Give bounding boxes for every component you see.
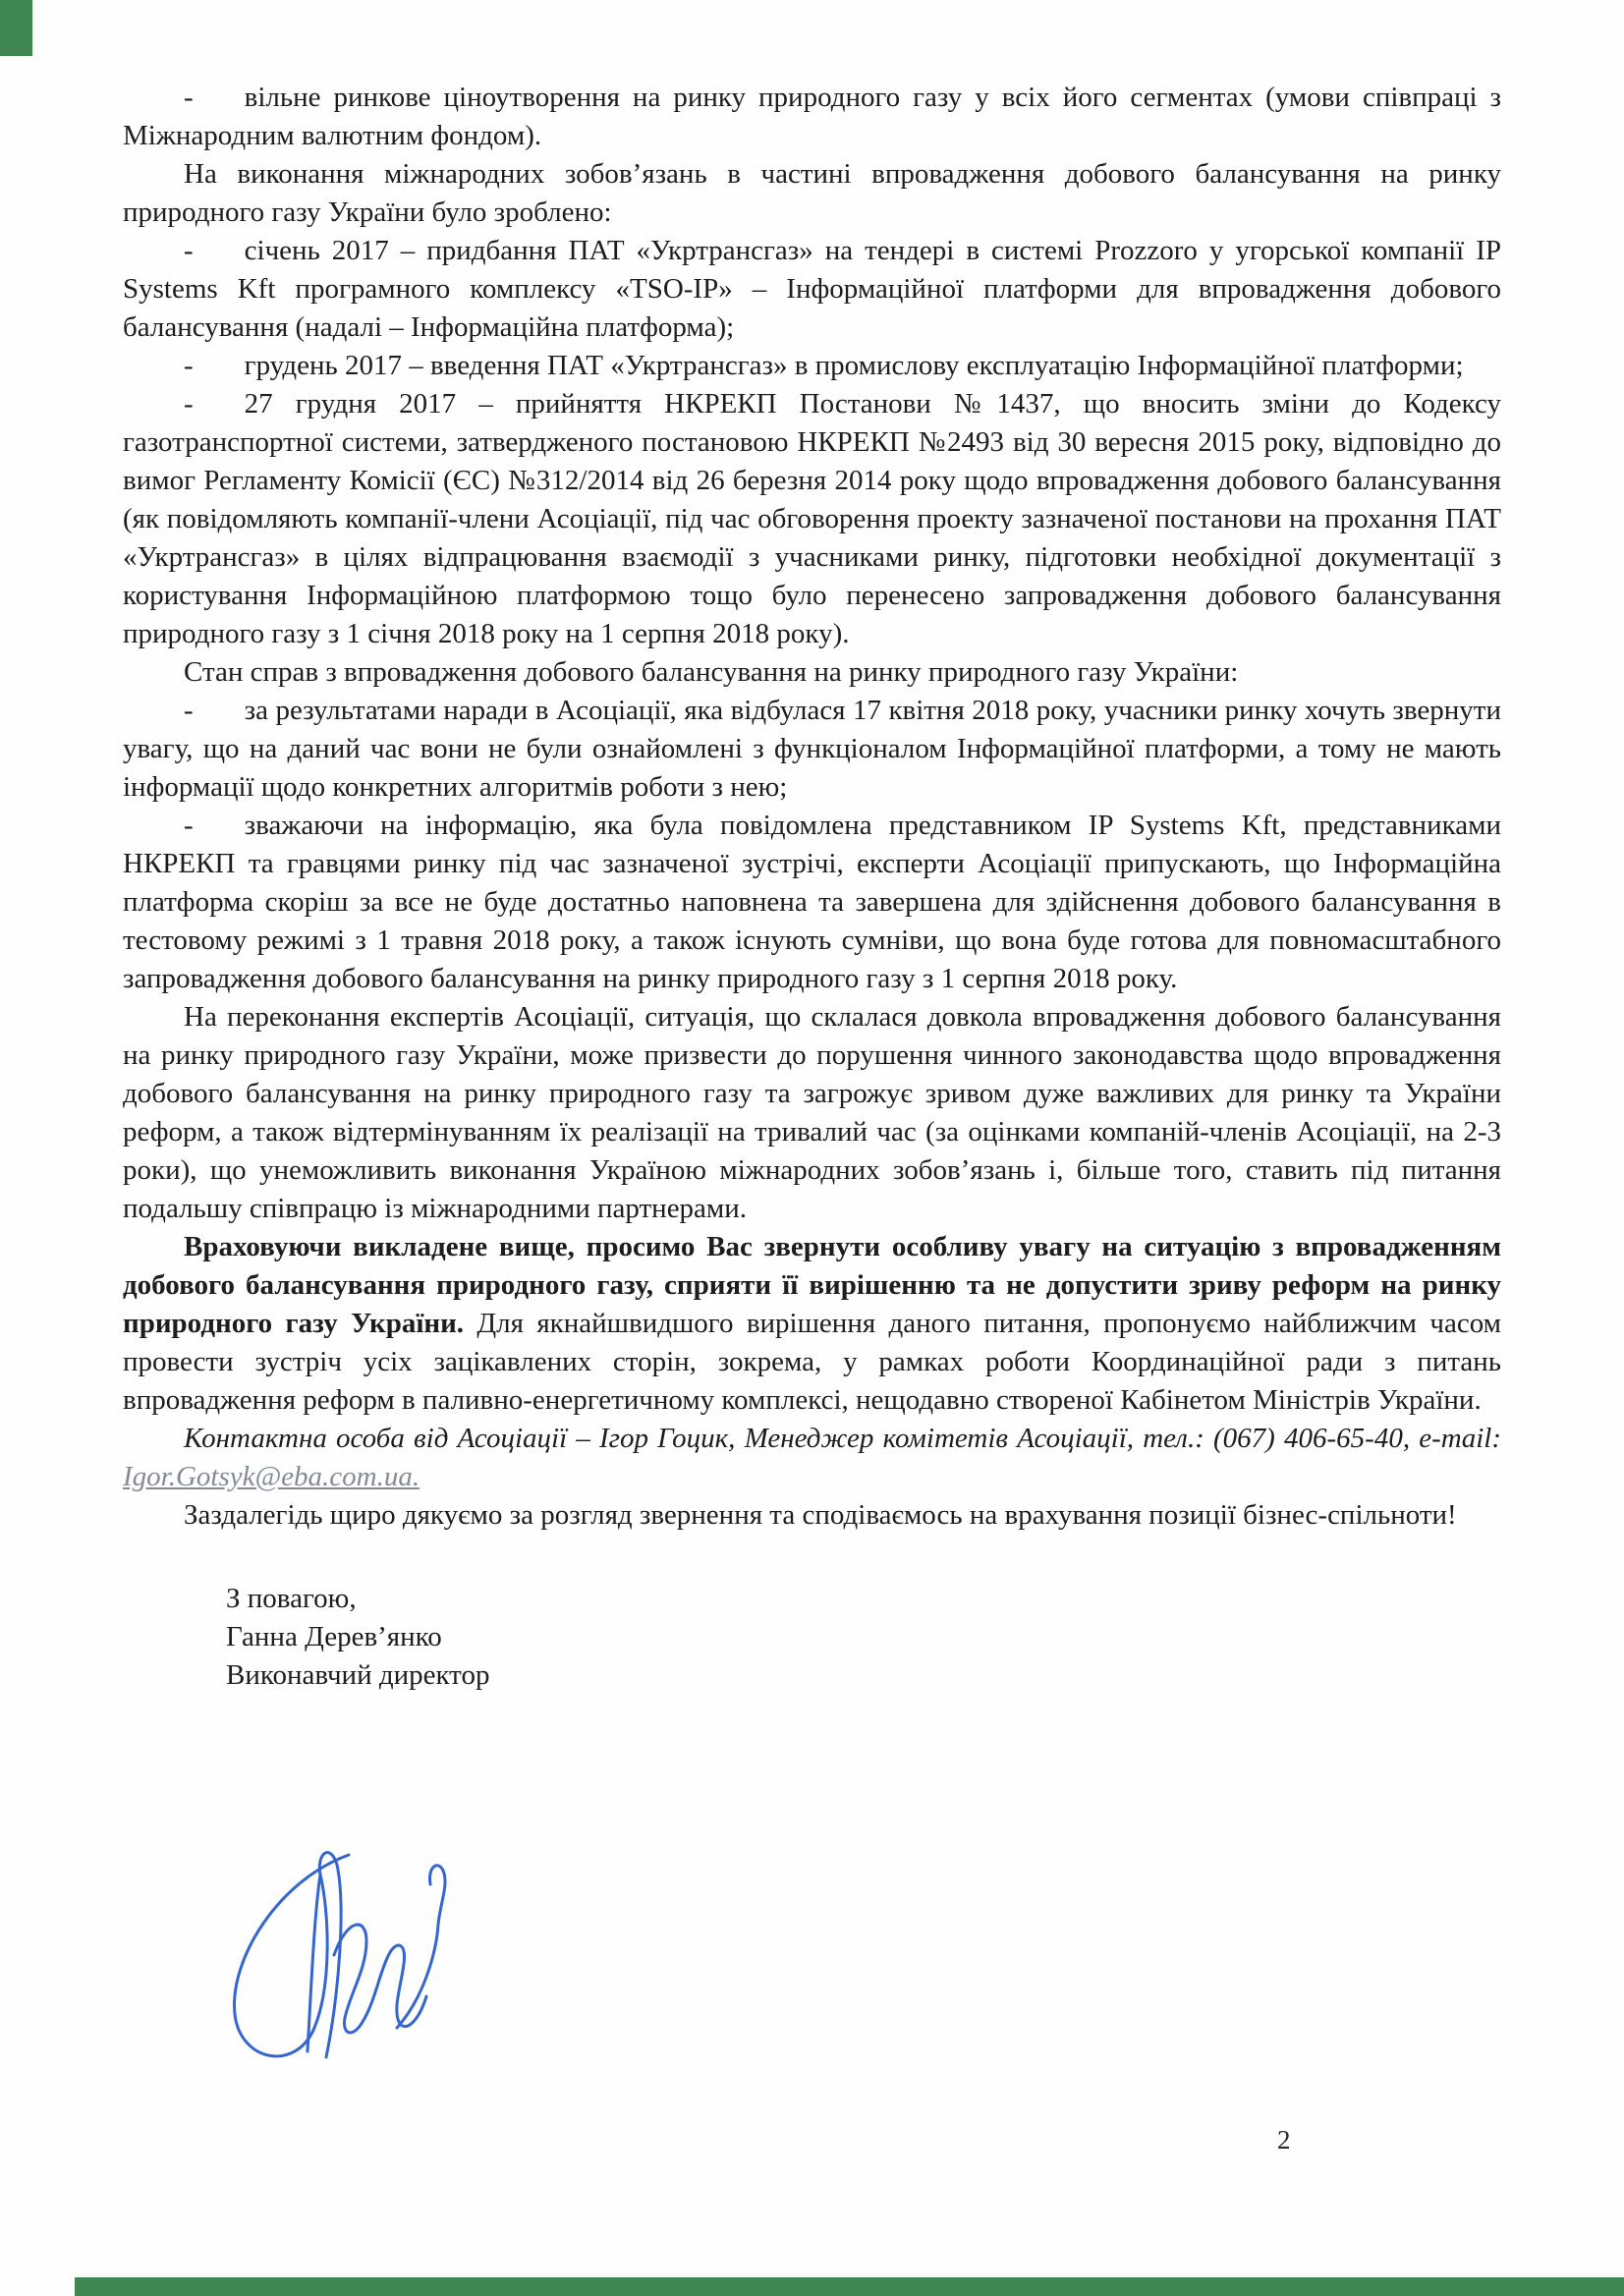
list-dash: - <box>184 695 245 726</box>
scan-artifact-bottom-bar <box>75 2277 1624 2296</box>
handwritten-signature <box>201 1825 447 2083</box>
paragraph-experts-assumption: -зважаючи на інформацію, яка була повідо… <box>123 807 1501 998</box>
contact-email-link[interactable]: Igor.Gotsyk@eba.com.ua. <box>123 1461 420 1492</box>
paragraph-text: вільне ринкове ціноутворення на ринку пр… <box>123 82 1501 151</box>
list-dash: - <box>184 350 245 381</box>
paragraph-text: за результатами наради в Асоціації, яка … <box>123 695 1501 803</box>
list-dash: - <box>184 388 245 420</box>
signer-title: Виконавчий директор <box>226 1656 1501 1695</box>
paragraph-contact-person: Контактна особа від Асоціації – Ігор Гоц… <box>123 1420 1501 1496</box>
paragraph-text: зважаючи на інформацію, яка була повідом… <box>123 810 1501 994</box>
paragraph-status-heading: Стан справ з впровадження добового балан… <box>123 653 1501 692</box>
paragraph-text: грудень 2017 – введення ПАТ «Укртрансгаз… <box>245 350 1464 381</box>
paragraph-jan-2017: -січень 2017 – придбання ПАТ «Укртрансга… <box>123 232 1501 347</box>
paragraph-thanks: Заздалегідь щиро дякуємо за розгляд звер… <box>123 1496 1501 1535</box>
paragraph-dec-2017: -грудень 2017 – введення ПАТ «Укртрансга… <box>123 347 1501 385</box>
document-page: -вільне ринкове ціноутворення на ринку п… <box>0 0 1624 2296</box>
paragraph-intl-obligations: На виконання міжнародних зобов’язань в ч… <box>123 155 1501 232</box>
salutation: З повагою, <box>226 1580 1501 1618</box>
paragraph-free-pricing: -вільне ринкове ціноутворення на ринку п… <box>123 79 1501 155</box>
page-number: 2 <box>1277 2125 1291 2156</box>
paragraph-text: січень 2017 – придбання ПАТ «Укртрансгаз… <box>123 235 1501 343</box>
paragraph-text: 27 грудня 2017 – прийняття НКРЕКП Постан… <box>123 388 1501 649</box>
signer-name: Ганна Дерев’янко <box>226 1618 1501 1656</box>
closing-block: З повагою, Ганна Дерев’янко Виконавчий д… <box>226 1580 1501 1695</box>
paragraph-experts-opinion: На переконання експертів Асоціації, ситу… <box>123 998 1501 1228</box>
contact-text: Контактна особа від Асоціації – Ігор Гоц… <box>184 1423 1501 1454</box>
list-dash: - <box>184 810 245 841</box>
list-dash: - <box>184 82 245 113</box>
scan-artifact-top-left <box>0 0 32 56</box>
paragraph-meeting-results: -за результатами наради в Асоціації, яка… <box>123 692 1501 807</box>
paragraph-request: Враховуючи викладене вище, просимо Вас з… <box>123 1228 1501 1420</box>
paragraph-resolution-1437: -27 грудня 2017 – прийняття НКРЕКП Поста… <box>123 385 1501 653</box>
list-dash: - <box>184 235 245 266</box>
letter-body: -вільне ринкове ціноутворення на ринку п… <box>123 79 1501 1695</box>
